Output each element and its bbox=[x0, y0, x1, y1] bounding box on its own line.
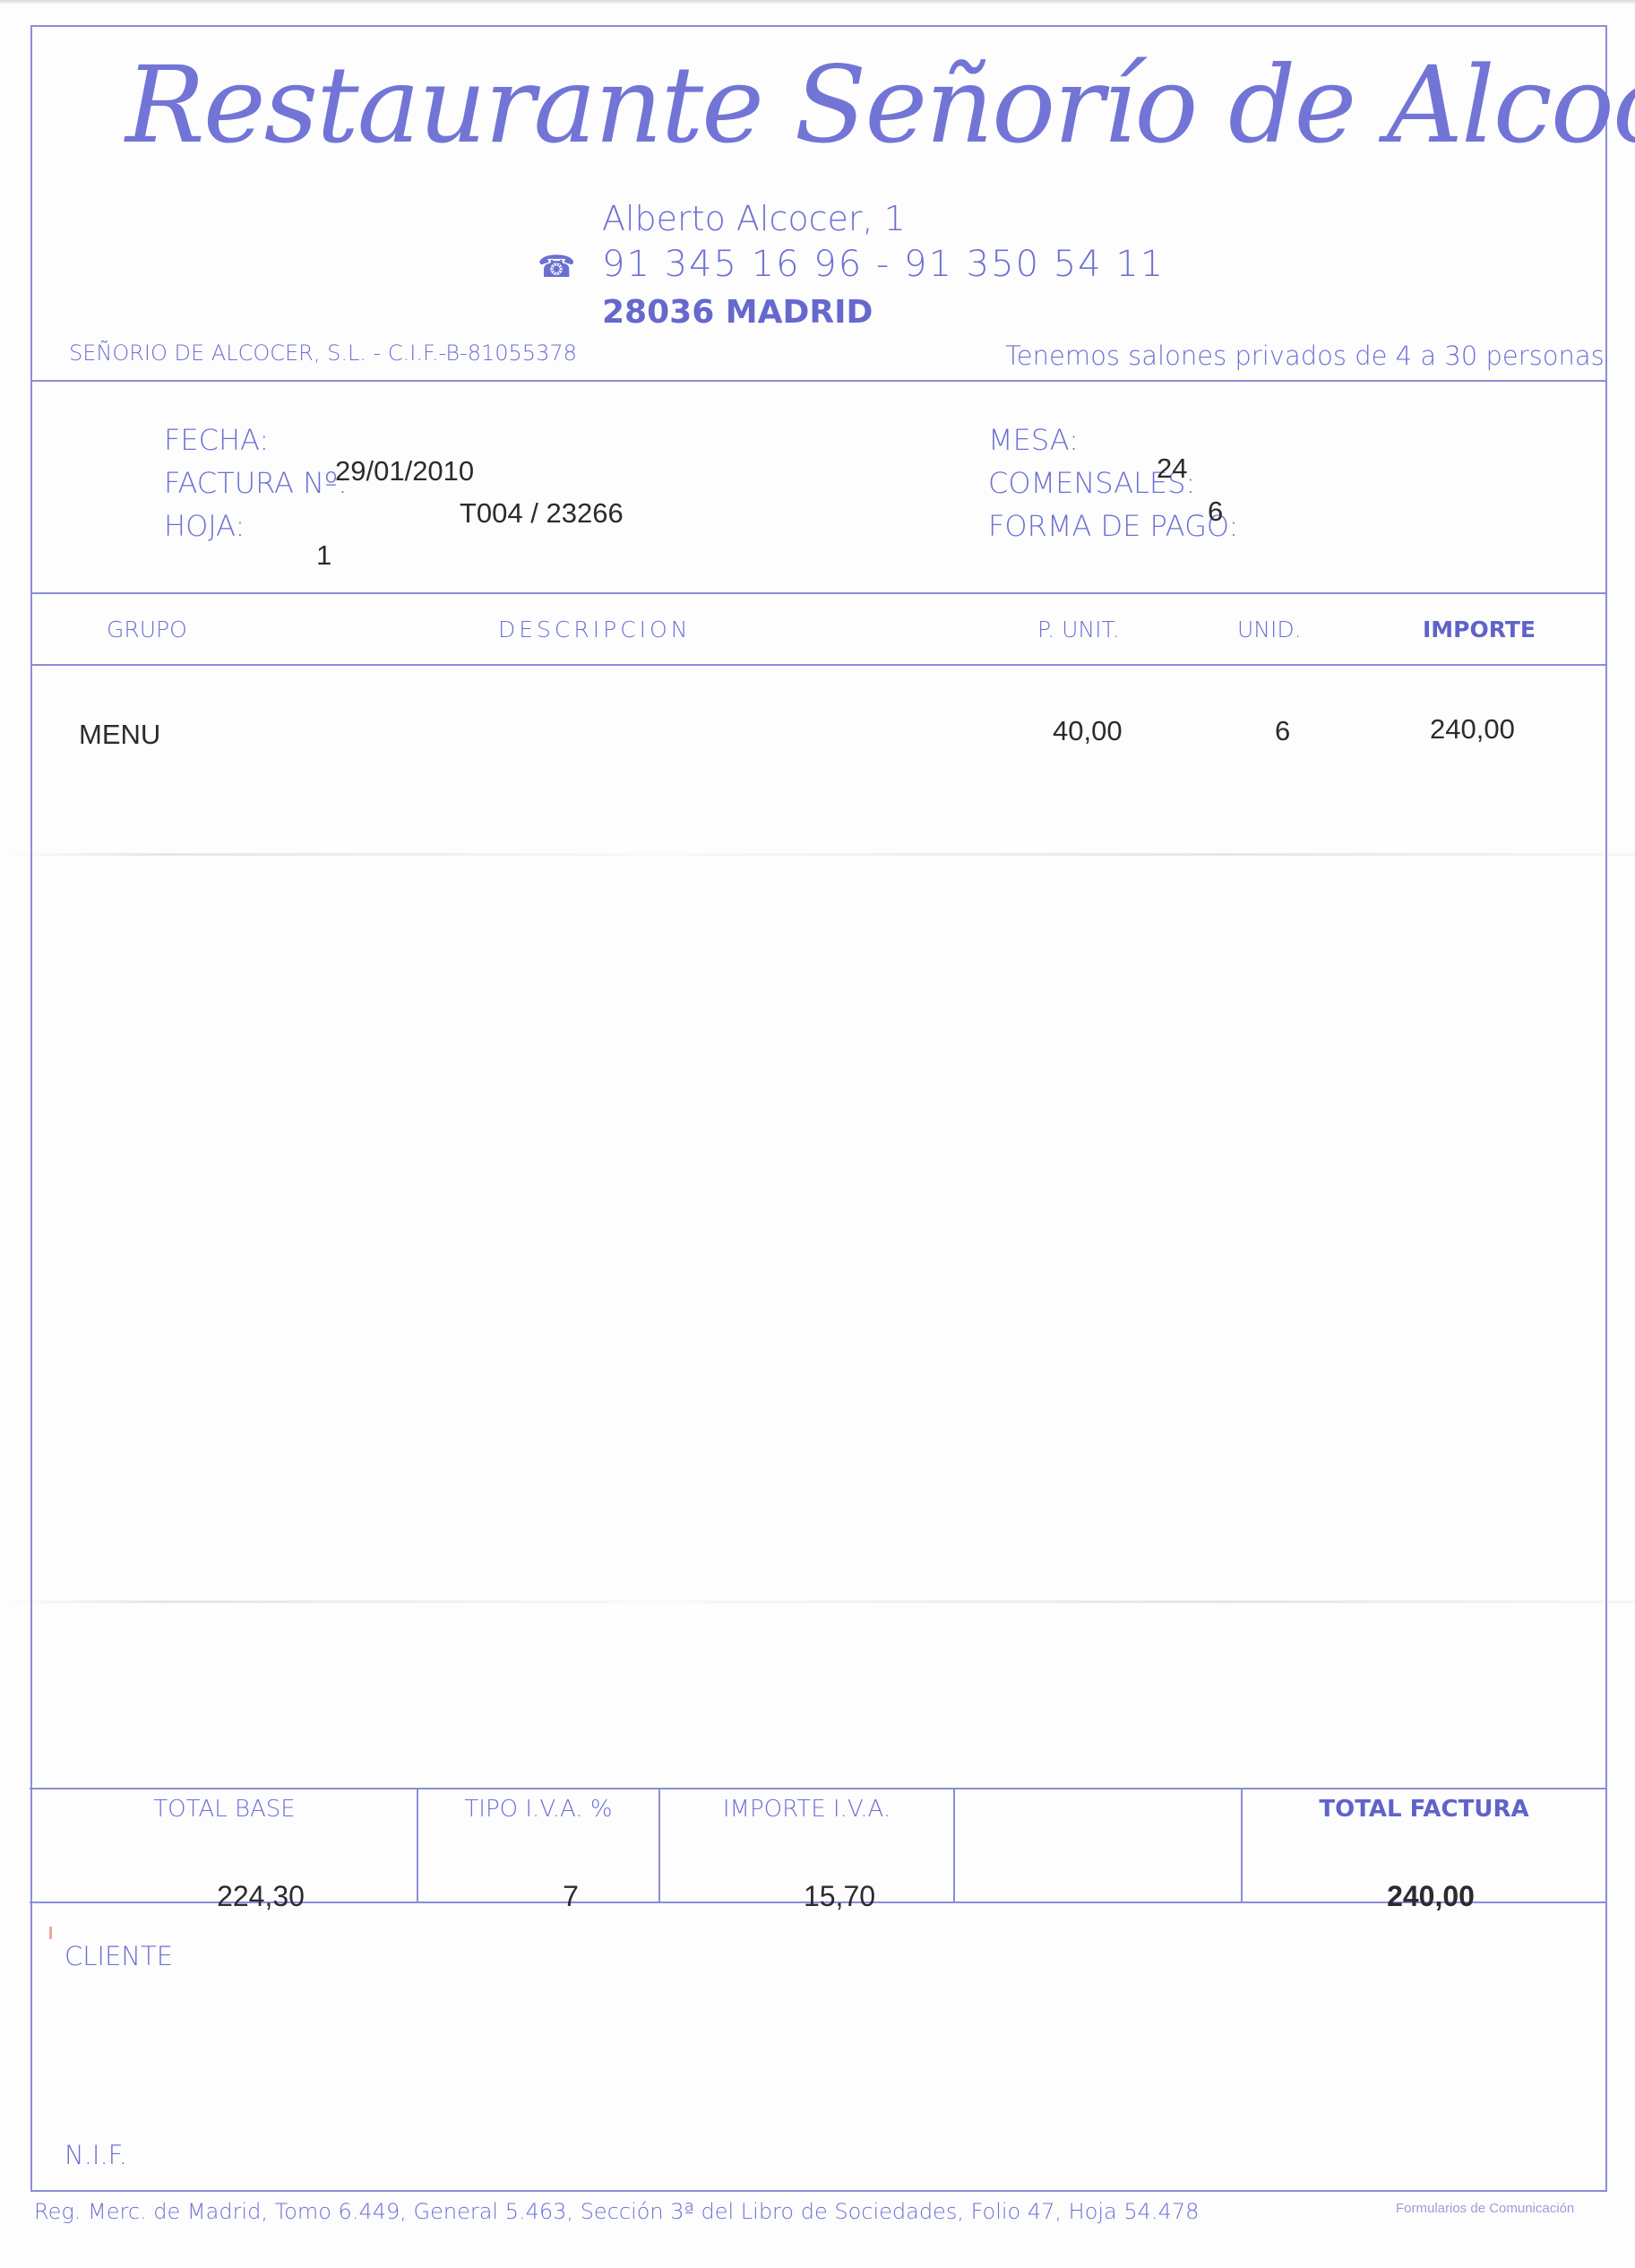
scan-edge bbox=[0, 0, 1635, 4]
header-divider bbox=[30, 380, 1606, 382]
factura-value: T004 / 23266 bbox=[460, 497, 624, 530]
row-grupo: MENU bbox=[79, 719, 160, 751]
paper-fold-line bbox=[0, 1600, 1635, 1603]
forma-pago-label: FORMA DE PAGO: bbox=[988, 509, 1238, 543]
frame-top bbox=[31, 25, 1607, 27]
info-divider bbox=[30, 592, 1606, 594]
cliente-label: CLIENTE bbox=[65, 1941, 173, 1971]
tipo-iva-label: TIPO I.V.A. % bbox=[418, 1796, 658, 1823]
total-factura-value: 240,00 bbox=[1243, 1880, 1619, 1913]
city-postcode: 28036 MADRID bbox=[602, 294, 873, 331]
column-header-unid: UNID. bbox=[1237, 617, 1302, 642]
row-importe: 240,00 bbox=[1430, 713, 1515, 746]
printer-credit: Formularios de Comunicación bbox=[1396, 2201, 1574, 2216]
hoja-label: HOJA: bbox=[164, 509, 245, 543]
importe-iva-label: IMPORTE I.V.A. bbox=[660, 1796, 953, 1823]
paper-fold-line bbox=[0, 853, 1635, 856]
total-base-label: TOTAL BASE bbox=[32, 1796, 417, 1823]
company-cif: SEÑORIO DE ALCOCER, S.L. - C.I.F.-B-8105… bbox=[69, 341, 577, 366]
frame-left bbox=[30, 25, 32, 2192]
column-header-descripcion: DESCRIPCION bbox=[498, 617, 691, 642]
nif-label: N.I.F. bbox=[65, 2140, 127, 2170]
importe-iva-value: 15,70 bbox=[660, 1880, 1019, 1913]
telephone-icon: ☎ bbox=[538, 249, 575, 285]
frame-bottom bbox=[30, 2190, 1606, 2192]
fecha-value: 29/01/2010 bbox=[335, 455, 474, 487]
hoja-value: 1 bbox=[316, 539, 331, 572]
restaurant-name: Restaurante Señorío de Alcocer bbox=[125, 43, 1505, 167]
row-p-unit: 40,00 bbox=[1053, 715, 1123, 747]
comensales-value: 6 bbox=[1208, 496, 1223, 528]
private-rooms-tagline: Tenemos salones privados de 4 a 30 perso… bbox=[1005, 341, 1605, 371]
column-header-importe: IMPORTE bbox=[1423, 617, 1536, 642]
row-unid: 6 bbox=[1275, 715, 1290, 747]
factura-label: FACTURA Nº: bbox=[164, 466, 348, 500]
registry-footer: Reg. Merc. de Madrid, Tomo 6.449, Genera… bbox=[34, 2199, 1199, 2224]
phone-numbers: 91 345 16 96 - 91 350 54 11 bbox=[602, 244, 1165, 285]
frame-right bbox=[1605, 25, 1607, 2192]
column-header-p-unit: P. UNIT. bbox=[1037, 617, 1120, 642]
fecha-label: FECHA: bbox=[164, 423, 269, 457]
ink-speck bbox=[49, 1927, 52, 1939]
mesa-label: MESA: bbox=[988, 423, 1079, 457]
total-factura-label: TOTAL FACTURA bbox=[1243, 1796, 1605, 1823]
column-header-grupo: GRUPO bbox=[107, 617, 187, 642]
totals-top-divider bbox=[30, 1788, 1606, 1789]
column-header-divider bbox=[30, 664, 1606, 666]
mesa-value: 24 bbox=[1157, 453, 1187, 485]
address-line: Alberto Alcocer, 1 bbox=[602, 199, 906, 238]
